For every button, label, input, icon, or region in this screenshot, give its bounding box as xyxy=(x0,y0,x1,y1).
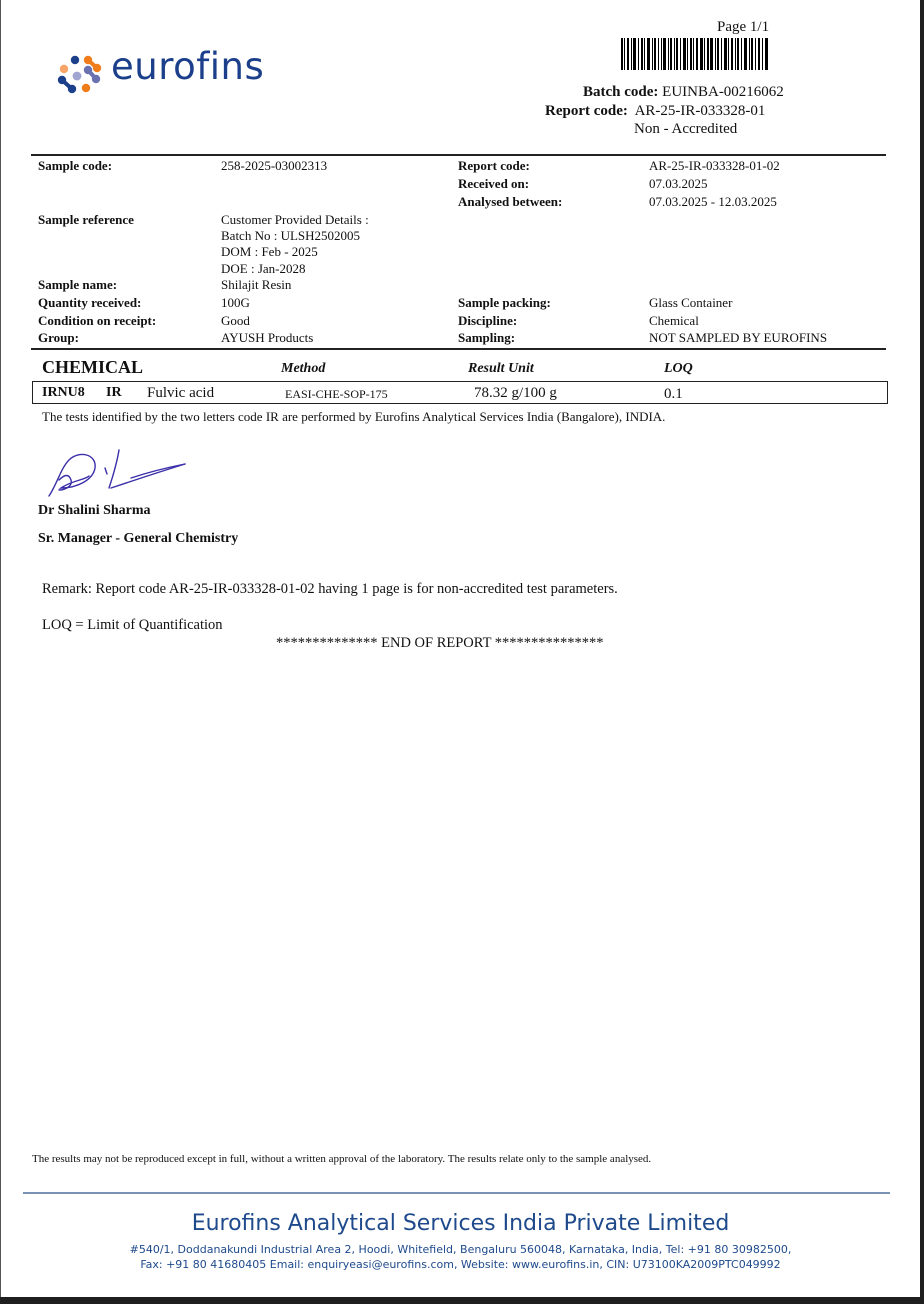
sample-reference-label: Sample reference xyxy=(38,212,134,228)
sample-reference-line-4: DOE : Jan-2028 xyxy=(221,261,306,277)
sampling-label: Sampling: xyxy=(458,330,515,346)
result-unit-column-header: Result Unit xyxy=(468,361,534,377)
eurofins-logo: eurofins xyxy=(56,52,286,98)
condition-value: Good xyxy=(221,313,250,329)
method-value: EASI-CHE-SOP-175 xyxy=(285,387,388,402)
signature-image xyxy=(39,446,189,502)
analysed-between-label: Analysed between: xyxy=(458,194,562,210)
accreditation-status: Non - Accredited xyxy=(634,121,737,138)
sample-packing-label: Sample packing: xyxy=(458,295,551,311)
result-value: 78.32 g/100 g xyxy=(474,385,557,402)
footer-divider xyxy=(23,1192,890,1194)
company-address-line-1: #540/1, Doddanakundi Industrial Area 2, … xyxy=(1,1243,920,1256)
signatory-name: Dr Shalini Sharma xyxy=(38,503,151,519)
group-value: AYUSH Products xyxy=(221,330,313,346)
report-page: eurofins Page 1/1 Batch code: EUINBA-002… xyxy=(0,0,920,1297)
sample-code-value: 258-2025-03002313 xyxy=(221,158,327,174)
lab-code: IR xyxy=(106,385,122,401)
quantity-received-value: 100G xyxy=(221,295,250,311)
sample-code-label: Sample code: xyxy=(38,158,112,174)
remark-text: Remark: Report code AR-25-IR-033328-01-0… xyxy=(42,581,618,598)
sampling-value: NOT SAMPLED BY EUROFINS xyxy=(649,330,827,346)
received-on-value: 07.03.2025 xyxy=(649,176,708,192)
test-code: IRNU8 xyxy=(42,385,85,401)
report-code-value: AR-25-IR-033328-01 xyxy=(635,103,766,119)
company-address-line-2: Fax: +91 80 41680405 Email: enquiryeasi@… xyxy=(1,1258,920,1271)
group-label: Group: xyxy=(38,330,79,346)
chemical-section-title: CHEMICAL xyxy=(42,357,143,378)
lab-code-note: The tests identified by the two letters … xyxy=(42,409,665,425)
method-column-header: Method xyxy=(281,361,325,377)
sample-reference-line-2: Batch No : ULSH2502005 xyxy=(221,228,360,244)
loq-column-header: LOQ xyxy=(664,361,693,377)
sample-reference-line-3: DOM : Feb - 2025 xyxy=(221,244,318,260)
result-number: 78.32 xyxy=(474,385,508,401)
report-code: Report code: AR-25-IR-033328-01 xyxy=(545,103,765,120)
report-code-detail-value: AR-25-IR-033328-01-02 xyxy=(649,158,780,174)
eurofins-molecule-icon xyxy=(56,54,104,96)
loq-value: 0.1 xyxy=(664,386,683,403)
analysed-between-value: 07.03.2025 - 12.03.2025 xyxy=(649,194,777,210)
condition-label: Condition on receipt: xyxy=(38,313,156,329)
sample-reference-line-1: Customer Provided Details : xyxy=(221,212,369,228)
disclaimer-text: The results may not be reproduced except… xyxy=(32,1153,651,1165)
discipline-value: Chemical xyxy=(649,313,699,329)
batch-code: Batch code: EUINBA-00216062 xyxy=(583,84,784,101)
sample-packing-value: Glass Container xyxy=(649,295,732,311)
company-name: Eurofins Analytical Services India Priva… xyxy=(1,1211,920,1236)
discipline-label: Discipline: xyxy=(458,313,517,329)
sample-name-label: Sample name: xyxy=(38,277,117,293)
result-unit: g/100 g xyxy=(512,385,557,401)
page-number: Page 1/1 xyxy=(717,19,769,36)
divider xyxy=(31,154,886,156)
signatory-title: Sr. Manager - General Chemistry xyxy=(38,531,238,547)
batch-code-value: EUINBA-00216062 xyxy=(662,84,784,100)
sample-name-value: Shilajit Resin xyxy=(221,277,291,293)
loq-definition: LOQ = Limit of Quantification xyxy=(42,617,223,634)
parameter-name: Fulvic acid xyxy=(147,385,214,402)
report-code-label: Report code: xyxy=(545,103,628,119)
divider xyxy=(31,348,886,350)
end-of-report: ************** END OF REPORT ***********… xyxy=(276,635,604,652)
batch-code-label: Batch code: xyxy=(583,84,658,100)
barcode-icon xyxy=(621,38,768,70)
quantity-received-label: Quantity received: xyxy=(38,295,141,311)
received-on-label: Received on: xyxy=(458,176,529,192)
logo-wordmark: eurofins xyxy=(111,45,264,88)
report-code-detail-label: Report code: xyxy=(458,158,530,174)
